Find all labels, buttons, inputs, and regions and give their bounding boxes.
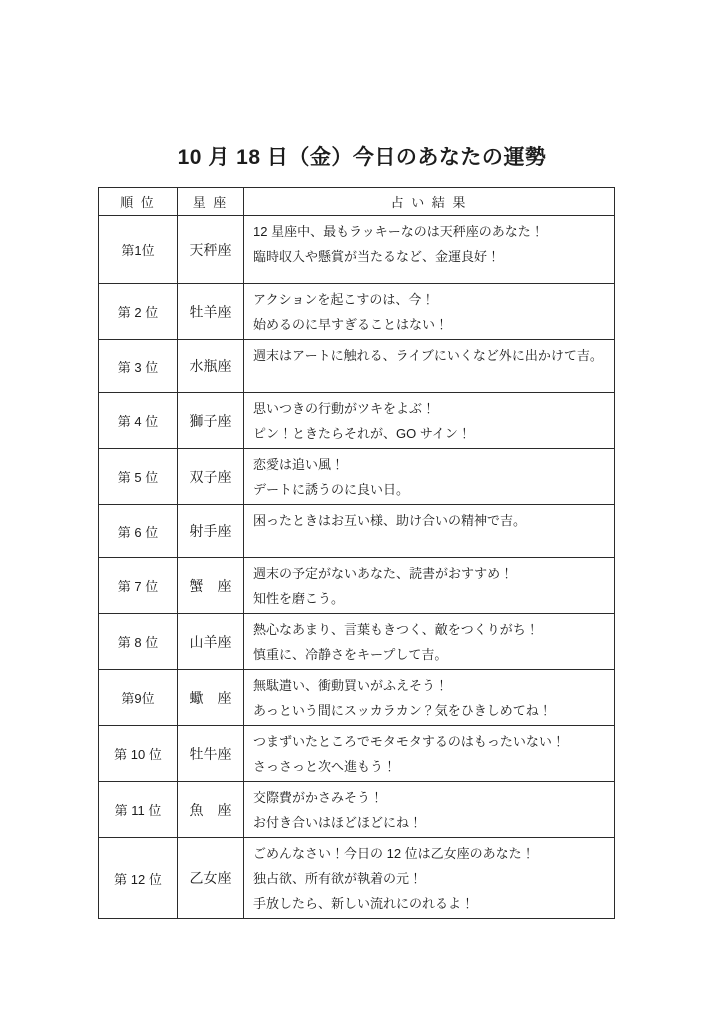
result-line: つまずいたところでモタモタするのはもったいない！ (253, 729, 606, 754)
rank-cell: 第 12 位 (99, 838, 178, 919)
document-page: { "document": { "title": "10 月 18 日（金）今日… (0, 0, 724, 1024)
result-line: 慎重に、冷静さをキープして吉。 (253, 642, 606, 667)
rank-cell: 第 4 位 (99, 393, 178, 449)
table-row: 第 3 位 水瓶座 週末はアートに触れる、ライブにいくなど外に出かけて吉。 (99, 340, 615, 393)
result-cell: 週末の予定がないあなた、読書がおすすめ！知性を磨こう。 (244, 558, 615, 614)
result-line: 困ったときはお互い様、助け合いの精神で吉。 (253, 508, 606, 533)
sign-cell: 牡羊座 (178, 284, 244, 340)
result-line: 週末はアートに触れる、ライブにいくなど外に出かけて吉。 (253, 343, 606, 368)
result-cell: 無駄遣い、衝動買いがふえそう！あっという間にスッカラカン？気をひきしめてね！ (244, 670, 615, 726)
result-line: 12 星座中、最もラッキーなのは天秤座のあなた！ (253, 219, 606, 244)
result-cell: 恋愛は追い風！デートに誘うのに良い日。 (244, 449, 615, 505)
sign-cell: 魚 座 (178, 782, 244, 838)
rank-cell: 第 7 位 (99, 558, 178, 614)
result-line: あっという間にスッカラカン？気をひきしめてね！ (253, 698, 606, 723)
result-cell: 思いつきの行動がツキをよぶ！ピン！ときたらそれが、GO サイン！ (244, 393, 615, 449)
result-line: アクションを起こすのは、今！ (253, 287, 606, 312)
result-line: 無駄遣い、衝動買いがふえそう！ (253, 673, 606, 698)
sign-cell: 双子座 (178, 449, 244, 505)
table-row: 第 7 位 蟹 座 週末の予定がないあなた、読書がおすすめ！知性を磨こう。 (99, 558, 615, 614)
rank-cell: 第 6 位 (99, 505, 178, 558)
result-line: お付き合いはほどほどにね！ (253, 810, 606, 835)
result-line: ピン！ときたらそれが、GO サイン！ (253, 421, 606, 446)
fortune-table-body: 第1位 天秤座 12 星座中、最もラッキーなのは天秤座のあなた！臨時収入や懸賞が… (99, 216, 615, 919)
table-row: 第 10 位 牡牛座 つまずいたところでモタモタするのはもったいない！さっさっと… (99, 726, 615, 782)
header-rank: 順 位 (99, 188, 178, 216)
table-header-row: 順 位 星 座 占 い 結 果 (99, 188, 615, 216)
result-line: 始めるのに早すぎることはない！ (253, 312, 606, 337)
result-line: 独占欲、所有欲が執着の元！ (253, 866, 606, 891)
fortune-table: 順 位 星 座 占 い 結 果 第1位 天秤座 12 星座中、最もラッキーなのは… (98, 187, 615, 919)
table-row: 第1位 天秤座 12 星座中、最もラッキーなのは天秤座のあなた！臨時収入や懸賞が… (99, 216, 615, 284)
table-row: 第 6 位 射手座 困ったときはお互い様、助け合いの精神で吉。 (99, 505, 615, 558)
sign-cell: 蟹 座 (178, 558, 244, 614)
rank-cell: 第 2 位 (99, 284, 178, 340)
table-row: 第 11 位 魚 座 交際費がかさみそう！お付き合いはほどほどにね！ (99, 782, 615, 838)
result-line: 臨時収入や懸賞が当たるなど、金運良好！ (253, 244, 606, 269)
result-line: 恋愛は追い風！ (253, 452, 606, 477)
sign-cell: 蠍 座 (178, 670, 244, 726)
sign-cell: 射手座 (178, 505, 244, 558)
result-line: 手放したら、新しい流れにのれるよ！ (253, 891, 606, 916)
result-cell: アクションを起こすのは、今！始めるのに早すぎることはない！ (244, 284, 615, 340)
result-cell: 熱心なあまり、言葉もきつく、敵をつくりがち！慎重に、冷静さをキープして吉。 (244, 614, 615, 670)
sign-cell: 乙女座 (178, 838, 244, 919)
header-result: 占 い 結 果 (244, 188, 615, 216)
result-line: 交際費がかさみそう！ (253, 785, 606, 810)
result-cell: ごめんなさい！今日の 12 位は乙女座のあなた！独占欲、所有欲が執着の元！手放し… (244, 838, 615, 919)
page-title: 10 月 18 日（金）今日のあなたの運勢 (0, 141, 724, 171)
result-cell: 週末はアートに触れる、ライブにいくなど外に出かけて吉。 (244, 340, 615, 393)
sign-cell: 牡牛座 (178, 726, 244, 782)
rank-cell: 第9位 (99, 670, 178, 726)
result-line: 熱心なあまり、言葉もきつく、敵をつくりがち！ (253, 617, 606, 642)
rank-cell: 第 3 位 (99, 340, 178, 393)
result-line: 週末の予定がないあなた、読書がおすすめ！ (253, 561, 606, 586)
table-row: 第 2 位 牡羊座 アクションを起こすのは、今！始めるのに早すぎることはない！ (99, 284, 615, 340)
result-line: さっさっと次へ進もう！ (253, 754, 606, 779)
sign-cell: 山羊座 (178, 614, 244, 670)
sign-cell: 水瓶座 (178, 340, 244, 393)
table-row: 第 5 位 双子座 恋愛は追い風！デートに誘うのに良い日。 (99, 449, 615, 505)
result-cell: 交際費がかさみそう！お付き合いはほどほどにね！ (244, 782, 615, 838)
rank-cell: 第 5 位 (99, 449, 178, 505)
table-row: 第9位 蠍 座 無駄遣い、衝動買いがふえそう！あっという間にスッカラカン？気をひ… (99, 670, 615, 726)
header-sign: 星 座 (178, 188, 244, 216)
result-line: 思いつきの行動がツキをよぶ！ (253, 396, 606, 421)
sign-cell: 獅子座 (178, 393, 244, 449)
result-cell: 困ったときはお互い様、助け合いの精神で吉。 (244, 505, 615, 558)
result-line: 知性を磨こう。 (253, 586, 606, 611)
result-line: デートに誘うのに良い日。 (253, 477, 606, 502)
result-line: ごめんなさい！今日の 12 位は乙女座のあなた！ (253, 841, 606, 866)
result-cell: 12 星座中、最もラッキーなのは天秤座のあなた！臨時収入や懸賞が当たるなど、金運… (244, 216, 615, 284)
table-row: 第 8 位 山羊座 熱心なあまり、言葉もきつく、敵をつくりがち！慎重に、冷静さを… (99, 614, 615, 670)
sign-cell: 天秤座 (178, 216, 244, 284)
result-cell: つまずいたところでモタモタするのはもったいない！さっさっと次へ進もう！ (244, 726, 615, 782)
table-row: 第 4 位 獅子座 思いつきの行動がツキをよぶ！ピン！ときたらそれが、GO サイ… (99, 393, 615, 449)
rank-cell: 第 8 位 (99, 614, 178, 670)
rank-cell: 第1位 (99, 216, 178, 284)
rank-cell: 第 11 位 (99, 782, 178, 838)
rank-cell: 第 10 位 (99, 726, 178, 782)
table-row: 第 12 位 乙女座 ごめんなさい！今日の 12 位は乙女座のあなた！独占欲、所… (99, 838, 615, 919)
